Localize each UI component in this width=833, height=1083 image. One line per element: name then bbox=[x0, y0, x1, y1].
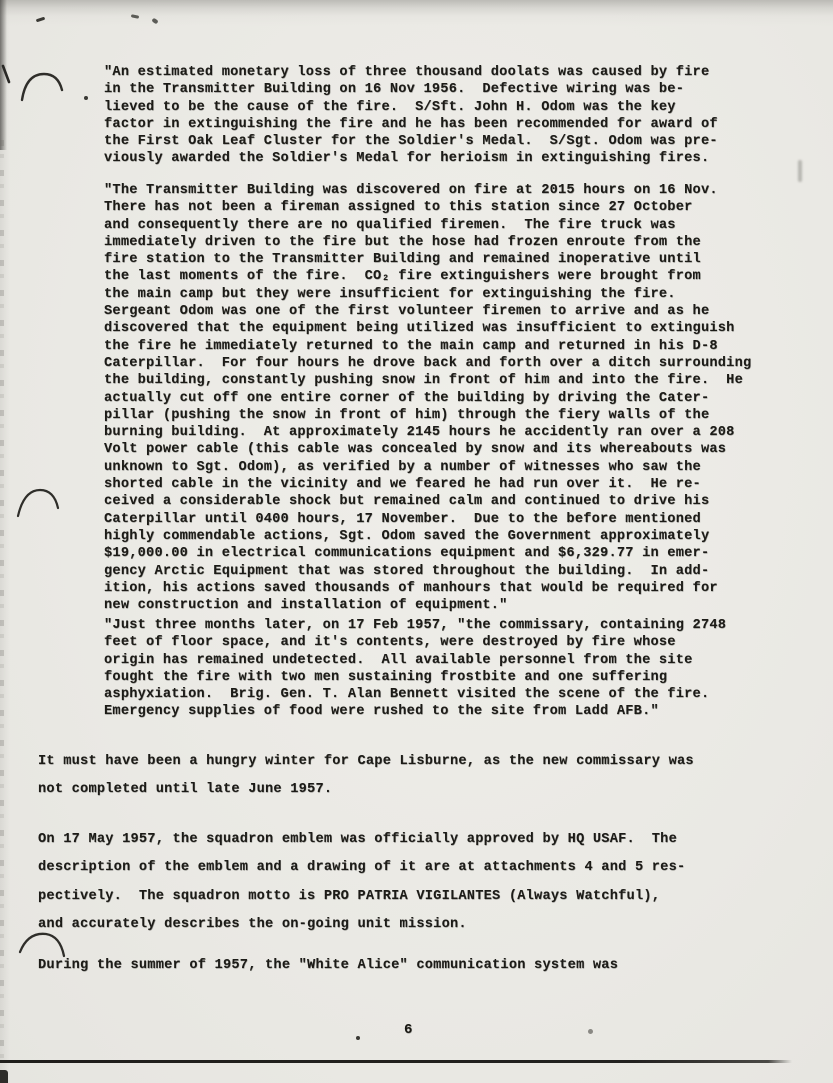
paragraph-white-alice: During the summer of 1957, the "White Al… bbox=[38, 952, 618, 980]
paragraph-squadron-emblem: On 17 May 1957, the squadron emblem was … bbox=[38, 826, 685, 939]
paragraph-hungry-winter: It must have been a hungry winter for Ca… bbox=[38, 748, 694, 805]
pen-speck bbox=[356, 1036, 360, 1040]
pen-arc-mark-middle bbox=[14, 484, 66, 520]
scan-bottom-line bbox=[0, 1060, 792, 1063]
scanned-document-page: "An estimated monetary loss of three tho… bbox=[0, 0, 833, 1083]
scan-edge-noise-left bbox=[0, 140, 4, 1070]
page-number: 6 bbox=[404, 1022, 412, 1038]
pen-speck bbox=[588, 1029, 593, 1034]
pen-speck bbox=[151, 18, 158, 25]
smudge-mark-right bbox=[798, 160, 802, 182]
pen-speck bbox=[131, 14, 139, 19]
pen-speck bbox=[84, 96, 88, 100]
paragraph-quote-commissary-fire: "Just three months later, on 17 Feb 1957… bbox=[104, 617, 726, 721]
paragraph-quote-transmitter-fire: "The Transmitter Building was discovered… bbox=[104, 182, 751, 614]
pen-speck bbox=[36, 17, 45, 23]
scan-corner-blob bbox=[0, 1070, 8, 1083]
paragraph-quote-monetary-loss: "An estimated monetary loss of three tho… bbox=[104, 64, 718, 168]
pen-arc-mark-top bbox=[0, 62, 75, 110]
